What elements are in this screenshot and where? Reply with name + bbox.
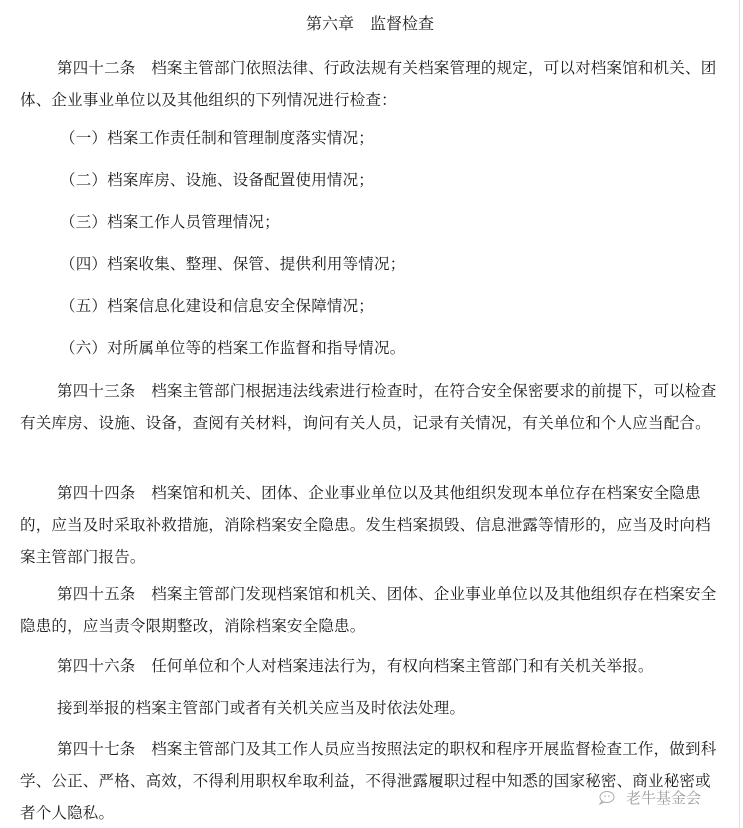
article-46-para-2: 接到举报的档案主管部门或者有关机关应当及时依法处理。 bbox=[20, 692, 720, 724]
wechat-icon bbox=[598, 790, 620, 806]
article-44: 第四十四条 档案馆和机关、团体、企业事业单位以及其他组织发现本单位存在档案安全隐… bbox=[20, 477, 720, 573]
article-47: 第四十七条 档案主管部门及其工作人员应当按照法定的职权和程序开展监督检查工作，做… bbox=[20, 733, 720, 828]
page-right-border bbox=[739, 0, 740, 828]
article-46: 第四十六条 任何单位和个人对档案违法行为，有权向档案主管部门和有关机关举报。 bbox=[20, 650, 720, 682]
article-42-item-1: （一）档案工作责任制和管理制度落实情况； bbox=[60, 124, 374, 152]
article-42-item-6: （六）对所属单位等的档案工作监督和指导情况。 bbox=[60, 334, 405, 362]
article-42-item-4: （四）档案收集、整理、保管、提供利用等情况； bbox=[60, 250, 405, 278]
watermark-text: 老牛基金会 bbox=[626, 787, 701, 808]
article-43: 第四十三条 档案主管部门根据违法线索进行检查时，在符合安全保密要求的前提下，可以… bbox=[20, 375, 720, 439]
article-42-item-5: （五）档案信息化建设和信息安全保障情况； bbox=[60, 292, 374, 320]
article-42: 第四十二条 档案主管部门依照法律、行政法规有关档案管理的规定，可以对档案馆和机关… bbox=[20, 52, 720, 116]
article-45: 第四十五条 档案主管部门发现档案馆和机关、团体、企业事业单位以及其他组织存在档案… bbox=[20, 578, 720, 642]
chapter-title: 第六章 监督检查 bbox=[20, 10, 720, 38]
article-42-item-3: （三）档案工作人员管理情况； bbox=[60, 208, 280, 236]
article-42-item-2: （二）档案库房、设施、设备配置使用情况； bbox=[60, 166, 374, 194]
source-watermark: 老牛基金会 bbox=[598, 787, 701, 808]
